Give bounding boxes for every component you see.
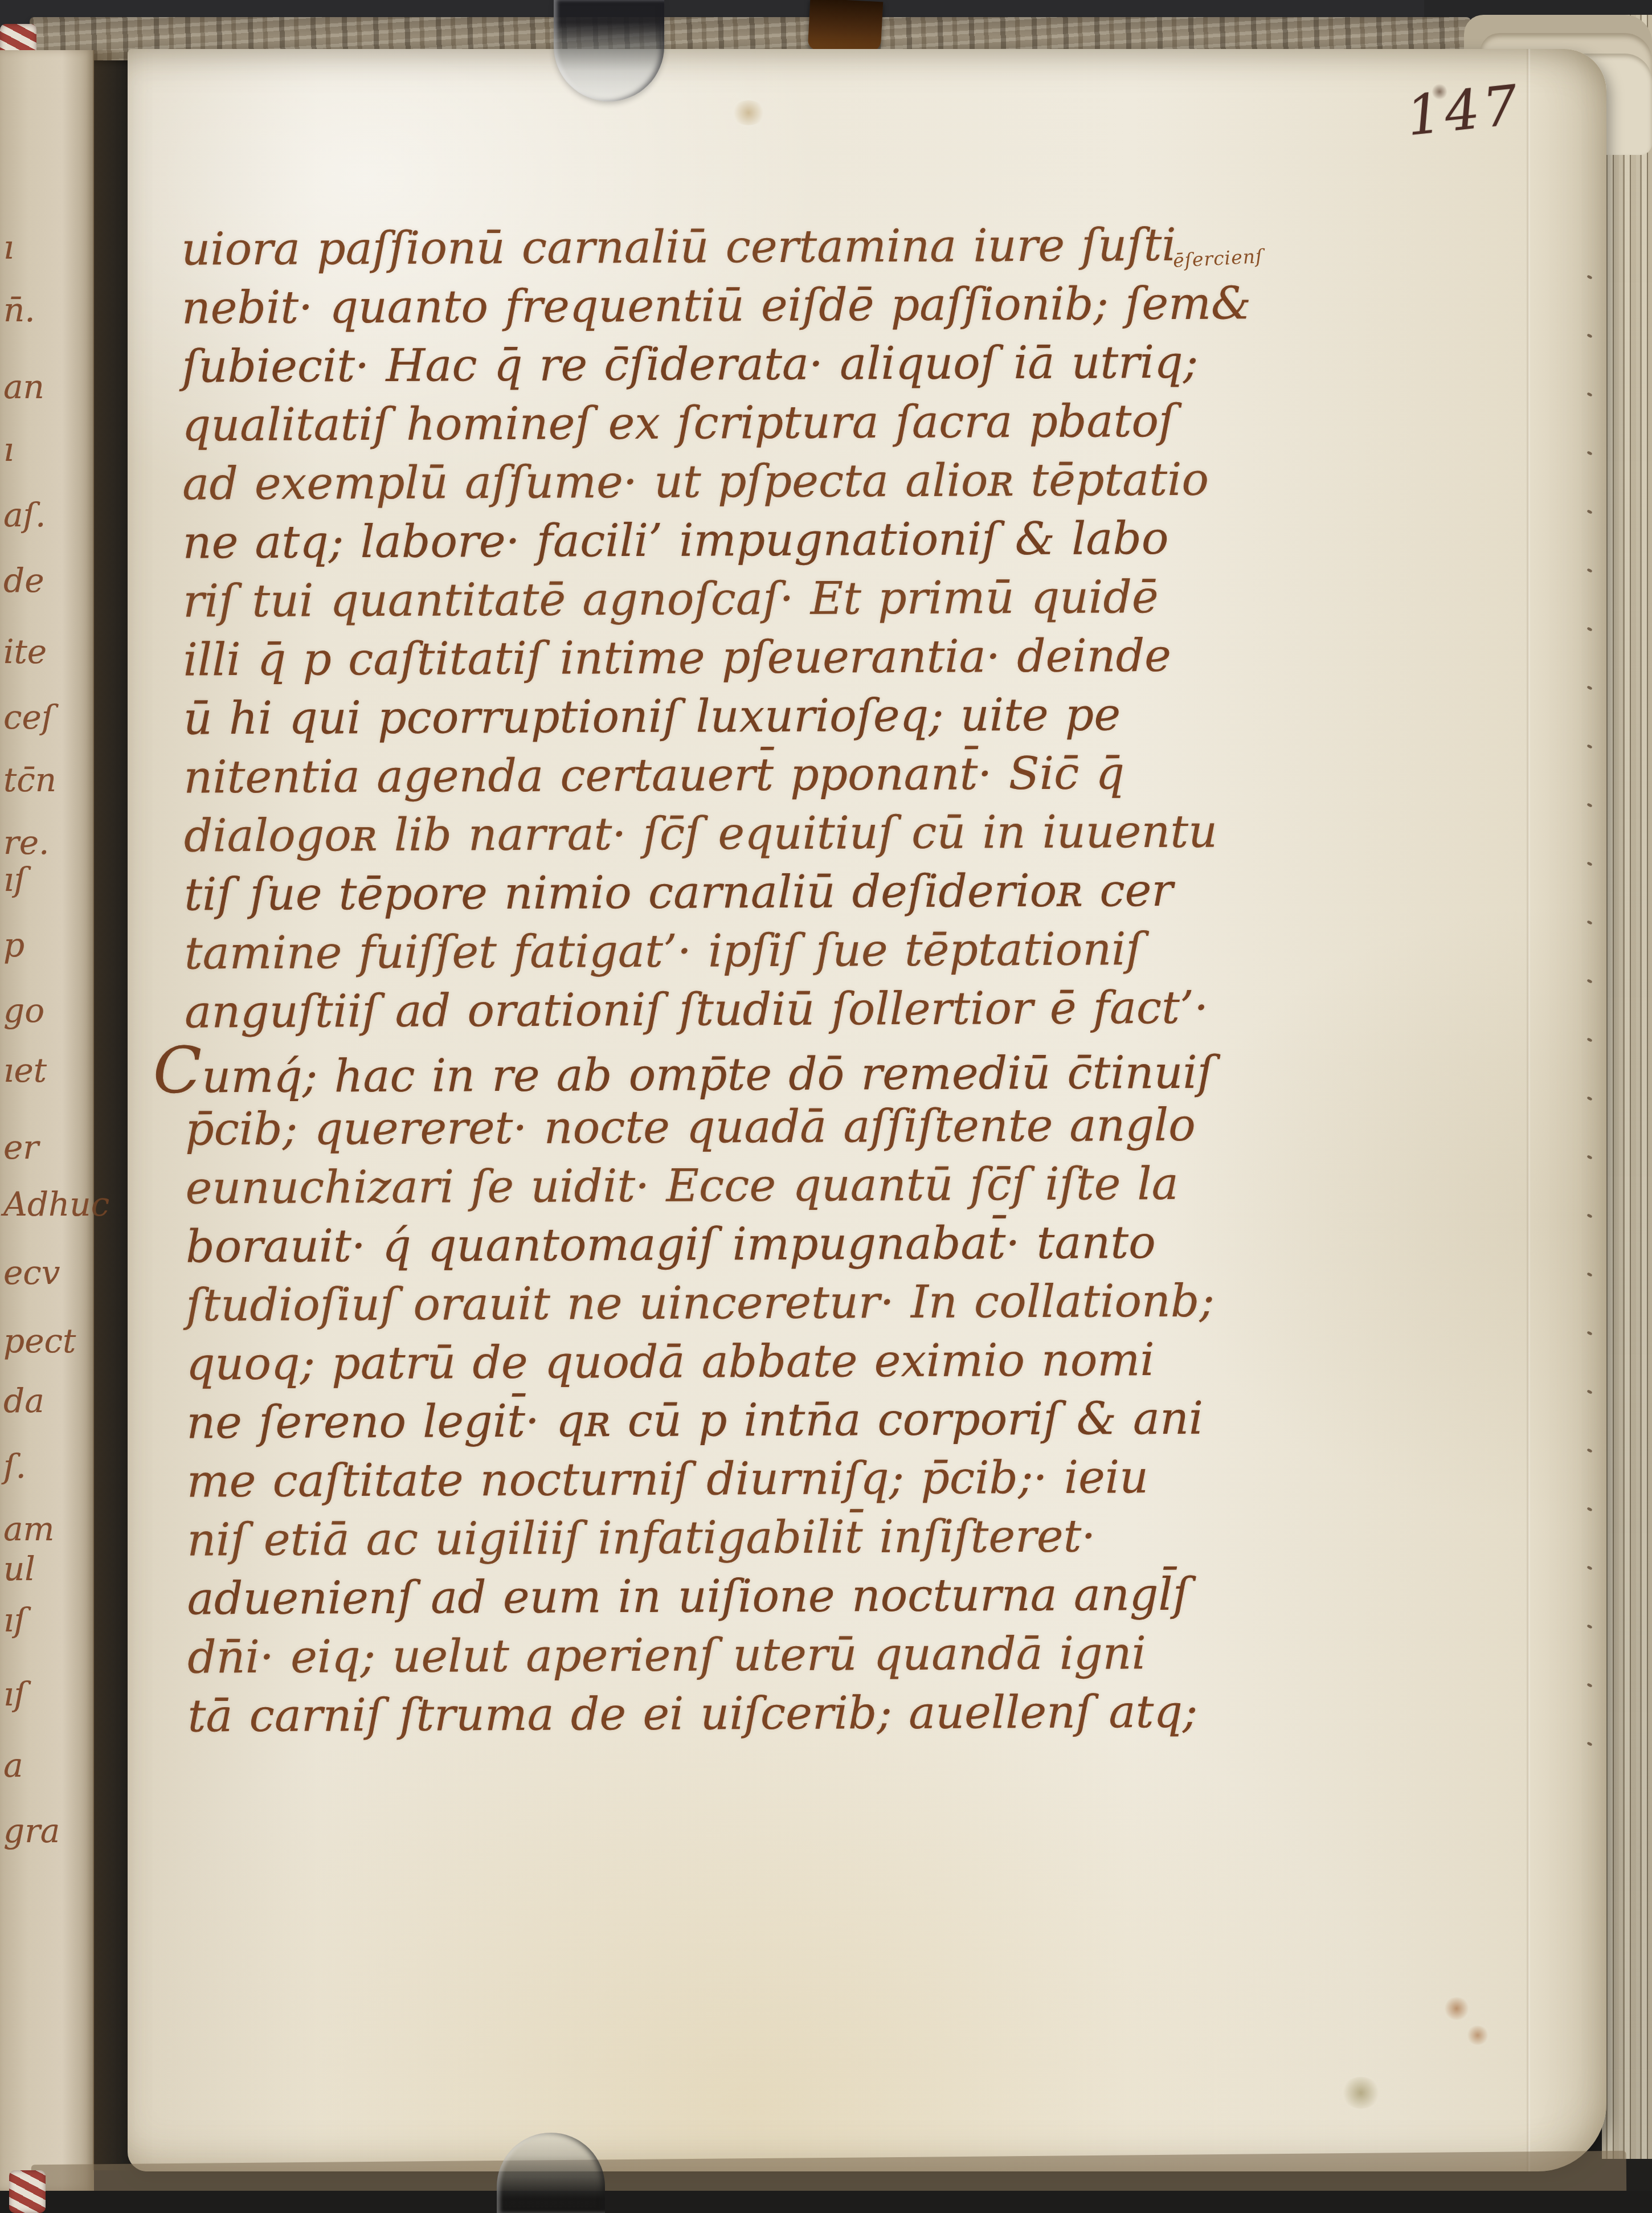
margin-text-fragment: ul xyxy=(3,1549,35,1588)
parchment-fold-line xyxy=(1526,49,1531,2171)
manuscript-line: nitentia agenda certauert̄ pponant̄· Sic… xyxy=(183,743,1340,807)
manuscript-line: p̄cib; quereret· nocte quadā aſſiſtente … xyxy=(185,1095,1342,1159)
margin-text-fragment: ıet xyxy=(3,1051,47,1090)
manuscript-line: dialogoʀ lib narrat· ſc̄ſ equitiuſ cū in… xyxy=(184,802,1340,866)
prick-mark xyxy=(1586,1683,1592,1687)
margin-text-fragment: ı xyxy=(3,430,14,469)
prick-mark xyxy=(1586,861,1592,866)
manuscript-line: aduenienſ ad eum in uiſione nocturna ang… xyxy=(187,1565,1344,1629)
prick-mark xyxy=(1586,685,1592,690)
prick-mark xyxy=(1586,568,1592,572)
tailband-red-stripes xyxy=(9,2170,46,2213)
manuscript-line: quoq; patrū de quodā abbate eximio nomi xyxy=(186,1330,1343,1394)
prick-mark xyxy=(1586,1507,1592,1511)
prick-mark xyxy=(1586,275,1592,279)
margin-text-fragment: n̄. xyxy=(3,291,35,329)
prick-mark xyxy=(1586,744,1592,748)
margin-text-fragment: ceſ xyxy=(3,698,54,737)
parchment-stain xyxy=(1444,1997,1470,2020)
manuscript-line: qualitatiſ homineſ ex ſcriptura ſacra pb… xyxy=(182,391,1339,455)
margin-text-fragment: an xyxy=(3,367,44,406)
manuscript-line: ad exemplū aſſume· ut pſpecta alioʀ tēpt… xyxy=(182,450,1339,514)
margin-text-fragment: go xyxy=(3,991,44,1030)
parchment-stain xyxy=(1466,2026,1489,2045)
manuscript-line: me caſtitate nocturniſ diurniſq; p̄cib;·… xyxy=(187,1447,1343,1511)
manuscript-line: nebit· quanto frequentiū eiſdē paſſionib… xyxy=(182,274,1338,338)
margin-text-fragment: de xyxy=(3,561,44,600)
margin-text-fragment: p xyxy=(3,926,24,964)
folio-number: 147 xyxy=(1403,73,1524,148)
prick-mark xyxy=(1586,392,1592,396)
prick-mark xyxy=(1586,1213,1592,1218)
manuscript-line: tā carniſ ſtruma de ei uiſcerib; auellen… xyxy=(187,1682,1344,1746)
prick-mark xyxy=(1586,1565,1592,1570)
manuscript-page: 147 ēſercienſ uiora paſſionū carnaliū ce… xyxy=(128,49,1606,2171)
margin-text-fragment: da xyxy=(3,1381,44,1420)
prick-mark xyxy=(1586,1331,1592,1335)
manuscript-photo: ın̄.anıaſ.deiteceſtc̄nre.ıſpgoıeterAdhuc… xyxy=(0,0,1652,2213)
clasp-remnant xyxy=(808,0,884,53)
manuscript-line: eunuchizari ſe uidit· Ecce quantū ſc̄ſ i… xyxy=(185,1154,1342,1218)
margin-text-fragment: aſ. xyxy=(3,496,46,534)
parchment-stain xyxy=(731,100,766,125)
manuscript-line: ū hi qui pcorruptioniſ luxurioſeq; uite … xyxy=(183,685,1340,748)
manuscript-line: riſ tui quantitatē agnoſcaſ· Et primū qu… xyxy=(183,567,1339,631)
margin-text-fragment: pect xyxy=(3,1322,76,1360)
prick-mark xyxy=(1586,1037,1592,1042)
prick-mark xyxy=(1586,1624,1592,1629)
manuscript-line: tamine fuiſſet fatigat’· ipſiſ ſue tēpta… xyxy=(185,919,1341,983)
prick-mark xyxy=(1586,979,1592,983)
book-bottom-background xyxy=(0,2191,1652,2213)
manuscript-line: anguſtiiſ ad orationiſ ſtudiū ſollertior… xyxy=(185,978,1341,1042)
manuscript-line: tiſ ſue tēpore nimio carnaliū deſiderioʀ… xyxy=(184,861,1340,925)
manuscript-line: dn̄i· eiq; uelut aperienſ uterū quandā i… xyxy=(187,1623,1344,1687)
manuscript-line: illi q̄ p caſtitatiſ intime pſeuerantia·… xyxy=(183,626,1339,690)
prick-mark xyxy=(1586,1448,1592,1453)
margin-text-fragment: re. xyxy=(3,823,50,862)
margin-text-fragment: a xyxy=(3,1746,23,1785)
prick-mark xyxy=(1586,1389,1592,1394)
margin-text-fragment: ı xyxy=(3,228,14,267)
manuscript-line: ne ſereno legit̄· qʀ cū p intn̄a corpori… xyxy=(186,1389,1343,1453)
margin-text-fragment: ıſ xyxy=(3,1601,26,1639)
manuscript-line: uiora paſſionū carnaliū certamina iure ſ… xyxy=(181,215,1338,279)
manuscript-line: ſtudioſiuſ orauit ne uinceretur· In coll… xyxy=(186,1271,1342,1335)
margin-text-fragment: ıſ xyxy=(3,1675,26,1713)
margin-text-fragment: er xyxy=(3,1128,39,1167)
manuscript-line: borauit· q́ quantomagiſ impugnabat̄· tan… xyxy=(186,1213,1342,1277)
margin-text-fragment: ecv xyxy=(3,1253,60,1292)
margin-text-fragment: am xyxy=(3,1510,55,1548)
margin-text-fragment: ite xyxy=(3,632,47,671)
margin-text-fragment: ſ. xyxy=(3,1447,26,1486)
prick-mark xyxy=(1586,451,1592,455)
prick-mark xyxy=(1586,1272,1592,1277)
margin-text-fragment: tc̄n xyxy=(3,760,56,799)
prick-mark xyxy=(1586,1096,1592,1101)
fore-edge-page-stack xyxy=(1602,15,1652,2159)
protruding-initial: C xyxy=(153,1033,202,1107)
parchment-stain xyxy=(1341,2077,1381,2109)
prick-mark xyxy=(1586,1155,1592,1159)
manuscript-line: niſ etiā ac uigiliiſ infatigabilit̄ inſi… xyxy=(187,1506,1343,1570)
manuscript-line: ſubiecit· Hac q̄ re c̄ſiderata· aliquoſ … xyxy=(182,333,1338,396)
manuscript-line: ne atq; labore· facili’ impugnationiſ & … xyxy=(182,509,1339,572)
gutter-adjacent-page-strip: ın̄.anıaſ.deiteceſtc̄nre.ıſpgoıeterAdhuc… xyxy=(0,50,94,2191)
prick-mark xyxy=(1586,920,1592,925)
prick-mark xyxy=(1586,1741,1592,1746)
prick-mark xyxy=(1586,627,1592,631)
prick-mark xyxy=(1586,509,1592,514)
prick-mark xyxy=(1586,803,1592,807)
margin-text-fragment: gra xyxy=(3,1811,60,1850)
margin-text-fragment: ıſ xyxy=(3,860,26,899)
manuscript-line: Cumq́; hac in re ab omp̄te dō remediū c̄… xyxy=(185,1037,1341,1101)
text-block: uiora paſſionū carnaliū certamina iure ſ… xyxy=(181,215,1344,1746)
prick-mark xyxy=(1586,333,1592,338)
